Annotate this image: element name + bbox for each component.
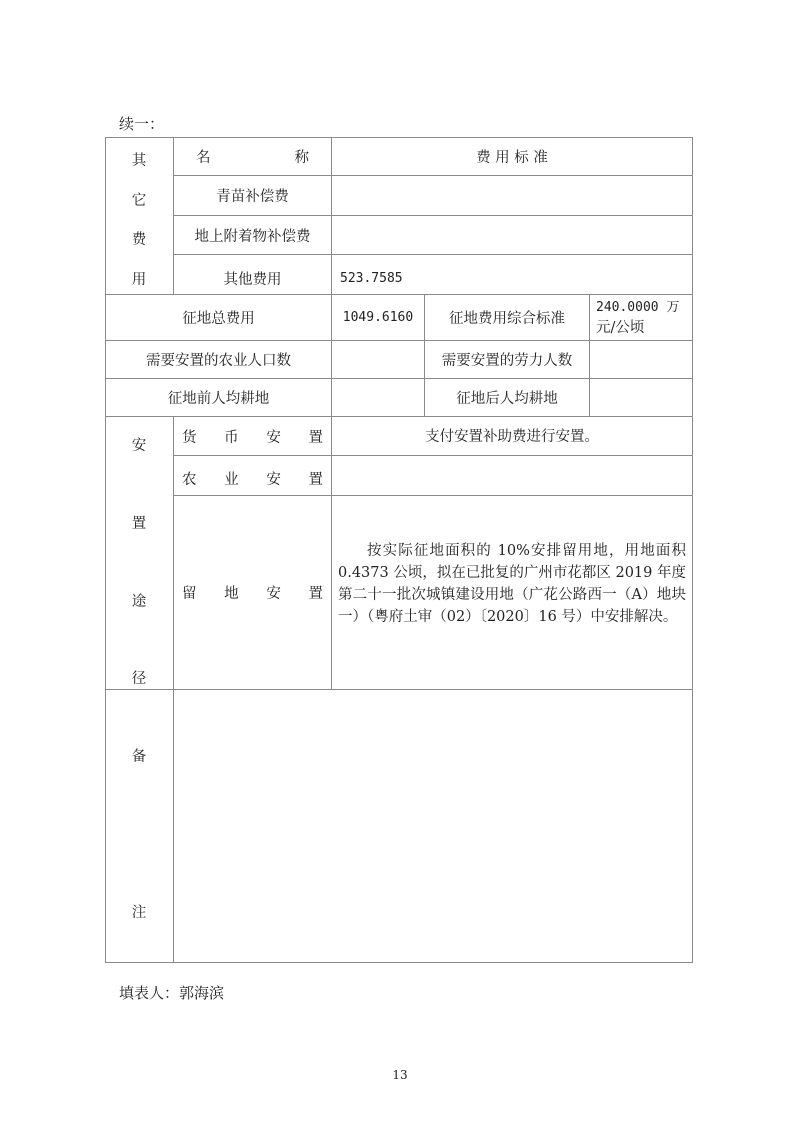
method-char: 货: [182, 426, 197, 447]
name-header: 名 称: [174, 137, 331, 175]
resettlement-label-char: 途: [105, 590, 173, 611]
post-farmland-label: 征地后人均耕地: [425, 379, 589, 416]
method-char: 置: [308, 468, 323, 489]
border-left: [105, 137, 106, 963]
agri-population-label: 需要安置的农业人口数: [106, 341, 331, 378]
pre-farmland-value: [332, 379, 424, 416]
land-acquisition-table: 其 它 费 用 名 称 费 用 标 准 青苗补偿费 地上附着物补偿费 其他费用 …: [105, 137, 693, 963]
method-char: 地: [224, 582, 239, 603]
remarks-label-char: 注: [105, 901, 173, 922]
composite-standard-line1: 240.0000 万: [596, 298, 679, 318]
continuation-label: 续一：: [119, 113, 164, 134]
name-header-char: 称: [295, 146, 310, 167]
border-bottom: [105, 962, 693, 963]
remarks-value: [174, 690, 692, 962]
fee-value: [332, 216, 692, 254]
other-fees-label-char: 它: [105, 189, 173, 210]
other-fees-label-char: 其: [105, 149, 173, 170]
composite-standard-value: 240.0000 万 元/公顷: [590, 295, 692, 340]
form-filler: 填表人：郭海滨: [119, 982, 224, 1003]
fee-value: [332, 176, 692, 215]
method-char: 安: [266, 426, 281, 447]
resettlement-method: 货 币 安 置: [174, 417, 331, 455]
reserved-land-resettlement-value: 按实际征地面积的 10%安排留用地，用地面积 0.4373 公顷，拟在已批复的广…: [332, 540, 692, 628]
resettlement-label-char: 径: [105, 667, 173, 688]
labor-count-value: [590, 341, 692, 378]
method-char: 农: [182, 468, 197, 489]
agri-population-value: [332, 341, 424, 378]
fee-name: 地上附着物补偿费: [174, 216, 331, 254]
composite-standard-label: 征地费用综合标准: [425, 295, 589, 340]
method-char: 置: [308, 582, 323, 603]
fee-name: 其他费用: [174, 255, 331, 294]
agricultural-resettlement-value: [332, 456, 692, 495]
remarks-label-char: 备: [105, 745, 173, 766]
fee-name: 青苗补偿费: [174, 176, 331, 215]
method-char: 业: [224, 468, 239, 489]
labor-count-label: 需要安置的劳力人数: [425, 341, 589, 378]
resettlement-label-char: 置: [105, 512, 173, 533]
border-right: [692, 137, 693, 963]
pre-farmland-label: 征地前人均耕地: [106, 379, 331, 416]
name-header-char: 名: [196, 146, 211, 167]
resettlement-label-char: 安: [105, 434, 173, 455]
monetary-resettlement-value: 支付安置补助费进行安置。: [332, 417, 692, 455]
standard-header: 费 用 标 准: [332, 137, 692, 175]
resettlement-method: 农 业 安 置: [174, 456, 331, 495]
post-farmland-value: [590, 379, 692, 416]
total-fee-label: 征地总费用: [106, 295, 331, 340]
fee-value: 523.7585: [332, 255, 692, 294]
composite-standard-line2: 元/公顷: [596, 318, 644, 338]
method-char: 安: [266, 468, 281, 489]
method-char: 安: [266, 582, 281, 603]
method-char: 币: [224, 426, 239, 447]
other-fees-label-char: 费: [105, 228, 173, 249]
other-fees-label-char: 用: [105, 268, 173, 289]
method-char: 置: [308, 426, 323, 447]
page-number: 13: [0, 1068, 800, 1082]
method-char: 留: [182, 582, 197, 603]
total-fee-value: 1049.6160: [332, 295, 424, 340]
resettlement-method: 留 地 安 置: [174, 496, 331, 689]
